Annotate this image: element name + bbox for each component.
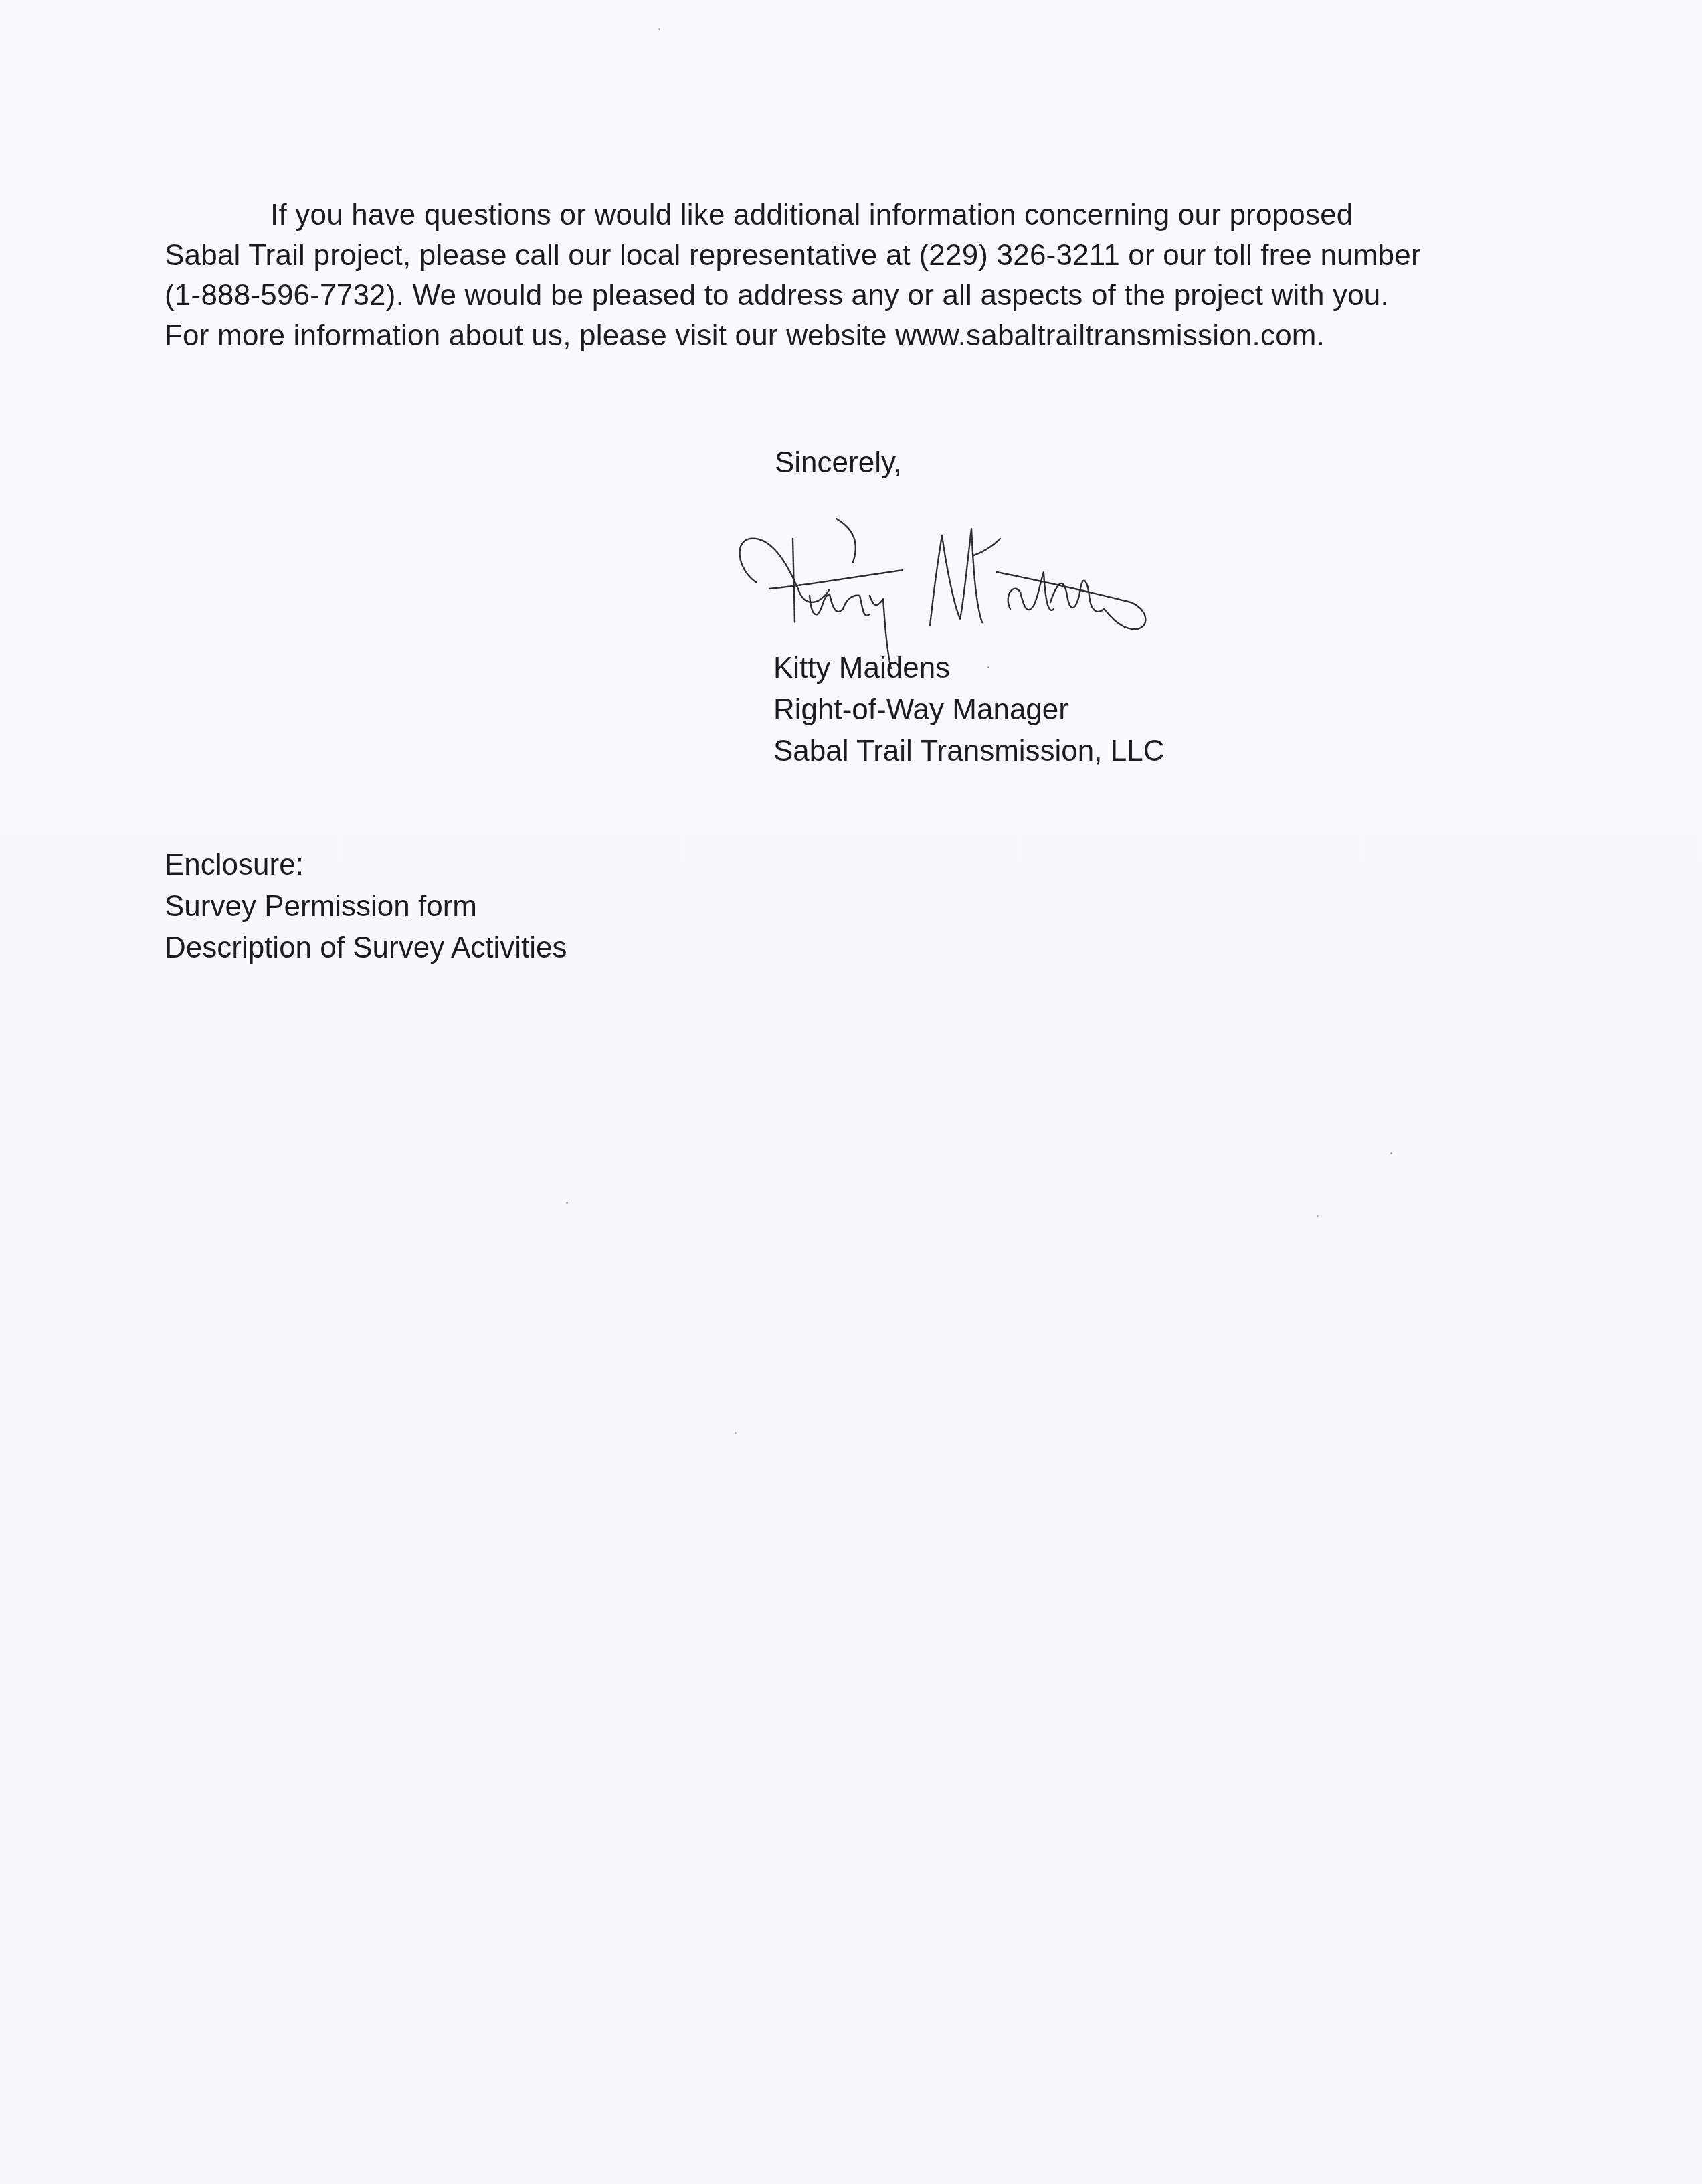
- scan-speck: [658, 28, 660, 30]
- enclosure-heading: Enclosure:: [165, 844, 567, 886]
- signer-name: Kitty Maidens: [773, 648, 1164, 689]
- body-line: Sabal Trail project, please call our loc…: [165, 236, 1503, 276]
- scan-speck: [566, 1202, 568, 1204]
- scan-speck: [1390, 1152, 1392, 1154]
- letter-page: If you have questions or would like addi…: [0, 0, 1702, 2184]
- body-line: For more information about us, please vi…: [165, 316, 1503, 356]
- signature-block: Kitty Maidens Right-of-Way Manager Sabal…: [773, 648, 1164, 772]
- handwritten-signature: [729, 509, 1171, 669]
- body-line: If you have questions or would like addi…: [165, 195, 1503, 236]
- scan-speck: [735, 1432, 737, 1434]
- enclosure-list: Enclosure: Survey Permission form Descri…: [165, 844, 567, 969]
- enclosure-item: Description of Survey Activities: [165, 927, 567, 969]
- closing-salutation: Sincerely,: [775, 443, 902, 483]
- enclosure-item: Survey Permission form: [165, 886, 567, 927]
- scan-speck: [987, 666, 989, 668]
- scan-speck: [1317, 1215, 1319, 1217]
- body-paragraph: If you have questions or would like addi…: [165, 195, 1503, 356]
- body-line: (1-888-596-7732). We would be pleased to…: [165, 276, 1503, 316]
- signer-title: Right-of-Way Manager: [773, 689, 1164, 731]
- signer-company: Sabal Trail Transmission, LLC: [773, 731, 1164, 772]
